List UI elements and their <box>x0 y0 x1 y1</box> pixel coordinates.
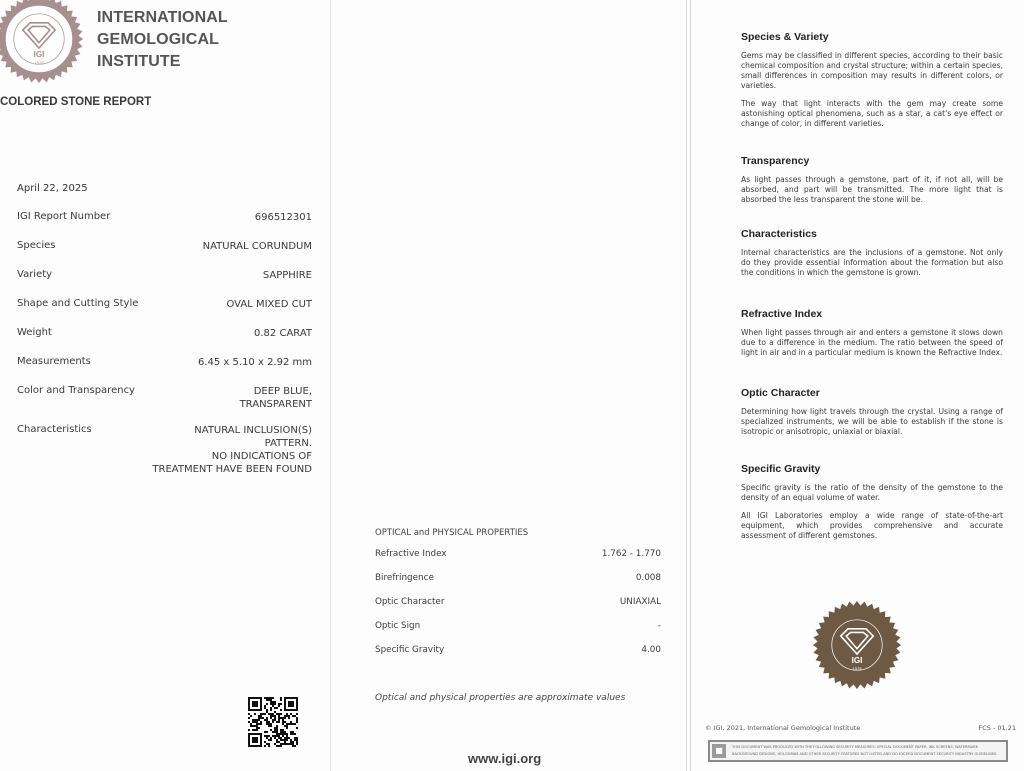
svg-text:IGI: IGI <box>852 656 863 665</box>
properties-note: Optical and physical properties are appr… <box>375 693 625 703</box>
fold-line <box>690 0 691 771</box>
svg-text:IGI: IGI <box>34 50 45 59</box>
security-notice-box: ■ This document was produced with the fo… <box>708 740 1008 762</box>
info-section: Refractive IndexWhen light passes throug… <box>741 308 1003 366</box>
report-title: COLORED STONE REPORT <box>0 96 151 108</box>
info-section-text: When light passes through air and enters… <box>741 328 1003 358</box>
security-notice-text: This document was produced with the foll… <box>732 744 1002 759</box>
property-value: 0.008 <box>636 573 661 583</box>
info-section: Optic CharacterDetermining how light tra… <box>741 387 1003 445</box>
org-name-line: INSTITUTE <box>97 51 228 73</box>
report-row-label: Shape and Cutting Style <box>17 298 138 309</box>
property-label: Optic Character <box>375 597 444 607</box>
info-section: Species & VarietyGems may be classified … <box>741 31 1003 137</box>
lock-icon: ■ <box>712 744 726 758</box>
org-name-line: INTERNATIONAL <box>97 7 228 29</box>
info-section-title: Specific Gravity <box>741 463 1003 475</box>
report-row-label: Characteristics <box>17 424 92 435</box>
igi-gold-seal-icon: IGI1975 <box>812 600 902 690</box>
property-label: Specific Gravity <box>375 645 444 655</box>
fold-line <box>686 0 687 771</box>
form-code: FCS - 01.21 <box>979 724 1017 732</box>
property-label: Refractive Index <box>375 549 447 559</box>
report-row-label: IGI Report Number <box>17 211 110 222</box>
info-section-title: Refractive Index <box>741 308 1003 320</box>
report-row-value: NATURAL CORUNDUM <box>203 240 312 253</box>
qr-code-icon[interactable] <box>248 697 298 747</box>
info-section-title: Species & Variety <box>741 31 1003 43</box>
report-row-value: SAPPHIRE <box>263 269 312 282</box>
svg-text:1975: 1975 <box>35 60 45 65</box>
report-center-panel <box>331 0 686 771</box>
report-row-value: OVAL MIXED CUT <box>226 298 312 311</box>
info-section: CharacteristicsInternal characteristics … <box>741 228 1003 286</box>
info-section: Specific GravitySpecific gravity is the … <box>741 463 1003 549</box>
org-name-line: GEMOLOGICAL <box>97 29 228 51</box>
report-row-value: 0.82 CARAT <box>254 327 312 340</box>
org-name: INTERNATIONAL GEMOLOGICAL INSTITUTE <box>97 7 228 73</box>
info-section-text: Internal characteristics are the inclusi… <box>741 248 1003 278</box>
copyright: © IGI, 2021, International Gemological I… <box>705 724 860 732</box>
igi-seal-icon: IGI1975 <box>0 0 84 84</box>
report-row-value: DEEP BLUE, TRANSPARENT <box>240 385 312 411</box>
fold-line <box>330 0 331 771</box>
website-link[interactable]: www.igi.org <box>468 751 541 766</box>
info-section: TransparencyAs light passes through a ge… <box>741 155 1003 213</box>
info-section-title: Transparency <box>741 155 1003 167</box>
property-value: 4.00 <box>641 645 661 655</box>
property-value: 1.762 - 1.770 <box>602 549 661 559</box>
property-value: - <box>658 621 661 631</box>
info-section-title: Optic Character <box>741 387 1003 399</box>
report-date: April 22, 2025 <box>17 183 88 194</box>
info-section-text: Gems may be classified in different spec… <box>741 51 1003 91</box>
report-row-value: NATURAL INCLUSION(S) PATTERN. NO INDICAT… <box>152 424 312 476</box>
property-label: Birefringence <box>375 573 434 583</box>
report-row-label: Color and Transparency <box>17 385 135 396</box>
property-label: Optic Sign <box>375 621 420 631</box>
property-value: UNIAXIAL <box>620 597 661 607</box>
report-row-label: Variety <box>17 269 52 280</box>
info-section-text: All IGI Laboratories employ a wide range… <box>741 511 1003 541</box>
svg-text:1975: 1975 <box>853 666 863 671</box>
report-row-label: Species <box>17 240 56 251</box>
report-row-value: 696512301 <box>255 211 312 224</box>
properties-title: OPTICAL and PHYSICAL PROPERTIES <box>375 528 528 538</box>
info-section-title: Characteristics <box>741 228 1003 240</box>
info-section-text: The way that light interacts with the ge… <box>741 99 1003 129</box>
info-section-text: As light passes through a gemstone, part… <box>741 175 1003 205</box>
info-section-text: Specific gravity is the ratio of the den… <box>741 483 1003 503</box>
report-row-label: Weight <box>17 327 52 338</box>
report-row-value: 6.45 x 5.10 x 2.92 mm <box>198 356 312 369</box>
info-section-text: Determining how light travels through th… <box>741 407 1003 437</box>
report-row-label: Measurements <box>17 356 91 367</box>
